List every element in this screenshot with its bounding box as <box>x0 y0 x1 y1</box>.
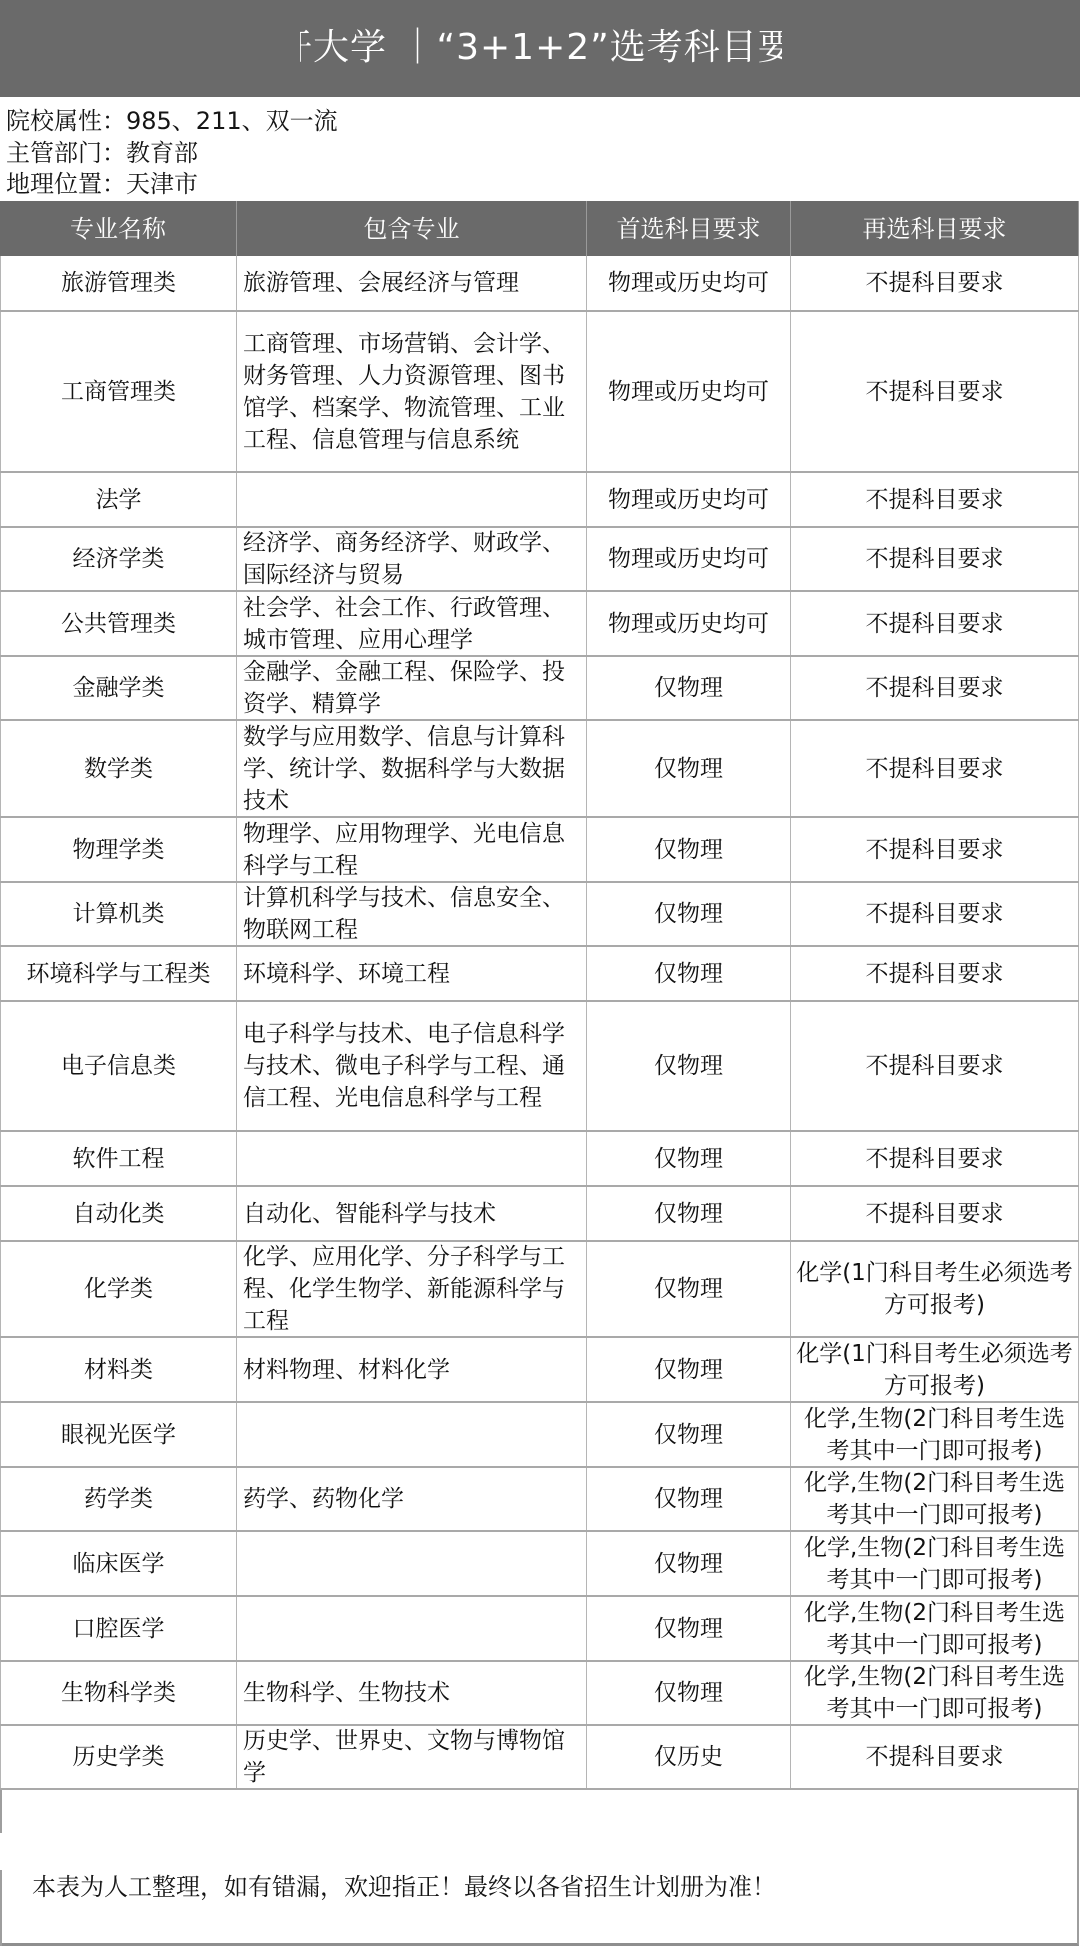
table-row: 自动化类自动化、智能科学与技术仅物理不提科目要求 <box>0 1187 1079 1242</box>
second-subject-cell: 化学,生物(2门科目考生选考其中一门即可报考) <box>791 1662 1079 1724</box>
first-subject-cell: 仅物理 <box>587 1242 791 1336</box>
major-name-cell: 软件工程 <box>0 1132 237 1185</box>
major-name-cell-text: 公共管理类 <box>61 608 176 640</box>
major-name-cell: 数学类 <box>0 721 237 816</box>
major-name-cell: 物理学类 <box>0 818 237 881</box>
table-row: 软件工程仅物理不提科目要求 <box>0 1132 1079 1187</box>
second-subject-cell: 化学,生物(2门科目考生选考其中一门即可报考) <box>791 1403 1079 1466</box>
major-name-cell: 工商管理类 <box>0 312 237 471</box>
included-majors-cell: 历史学、世界史、文物与博物馆学 <box>237 1726 587 1788</box>
table-row: 金融学类金融学、金融工程、保险学、投资学、精算学仅物理不提科目要求 <box>0 657 1079 721</box>
second-subject-cell: 不提科目要求 <box>791 657 1079 719</box>
major-name-cell-text: 经济学类 <box>73 543 165 575</box>
included-majors-cell <box>237 1132 587 1185</box>
first-subject-cell: 物理或历史均可 <box>587 256 791 310</box>
major-name-cell: 金融学类 <box>0 657 237 719</box>
major-name-cell-text: 工商管理类 <box>61 376 176 408</box>
second-subject-cell-text: 化学(1门科目考生必须选考方可报考) <box>795 1257 1074 1321</box>
second-subject-cell-text: 化学,生物(2门科目考生选考其中一门即可报考) <box>795 1403 1074 1467</box>
table-row: 法学物理或历史均可不提科目要求 <box>0 473 1079 528</box>
second-subject-cell: 不提科目要求 <box>791 1132 1079 1185</box>
second-subject-cell: 不提科目要求 <box>791 1002 1079 1130</box>
first-subject-cell: 仅物理 <box>587 1132 791 1185</box>
table-row: 口腔医学仅物理化学,生物(2门科目考生选考其中一门即可报考) <box>0 1597 1079 1662</box>
major-name-cell-text: 数学类 <box>84 753 153 785</box>
major-name-cell-text: 环境科学与工程类 <box>27 958 211 990</box>
included-majors-cell-text: 旅游管理、会展经济与管理 <box>243 267 519 299</box>
first-subject-cell-text: 物理或历史均可 <box>608 376 769 408</box>
second-subject-cell-text: 不提科目要求 <box>866 376 1004 408</box>
second-subject-cell-text: 化学,生物(2门科目考生选考其中一门即可报考) <box>795 1661 1074 1725</box>
major-name-cell: 化学类 <box>0 1242 237 1336</box>
first-subject-cell: 物理或历史均可 <box>587 473 791 526</box>
included-majors-cell-text: 工商管理、市场营销、会计学、财务管理、人力资源管理、图书馆学、档案学、物流管理、… <box>243 328 580 456</box>
major-name-cell-text: 软件工程 <box>73 1143 165 1175</box>
first-subject-cell: 物理或历史均可 <box>587 592 791 655</box>
second-subject-cell: 化学,生物(2门科目考生选考其中一门即可报考) <box>791 1468 1079 1530</box>
second-subject-cell: 化学(1门科目考生必须选考方可报考) <box>791 1338 1079 1401</box>
included-majors-cell-text: 经济学、商务经济学、财政学、国际经济与贸易 <box>243 527 580 591</box>
column-header-included-majors: 包含专业 <box>237 201 587 256</box>
footer-box <box>0 1790 1079 1946</box>
title-clip: 开大学 ｜“3+1+2”选考科目要 <box>300 18 782 80</box>
second-subject-cell: 不提科目要求 <box>791 473 1079 526</box>
major-name-cell-text: 法学 <box>96 484 142 516</box>
major-name-cell: 经济学类 <box>0 528 237 590</box>
second-subject-cell: 不提科目要求 <box>791 883 1079 945</box>
second-subject-cell: 不提科目要求 <box>791 256 1079 310</box>
major-name-cell: 电子信息类 <box>0 1002 237 1130</box>
second-subject-cell-text: 不提科目要求 <box>866 1741 1004 1773</box>
school-attributes: 院校属性：985、211、双一流 <box>6 106 338 136</box>
second-subject-cell: 化学(1门科目考生必须选考方可报考) <box>791 1242 1079 1336</box>
first-subject-cell: 仅历史 <box>587 1726 791 1788</box>
included-majors-cell-text: 自动化、智能科学与技术 <box>243 1198 496 1230</box>
second-subject-cell: 不提科目要求 <box>791 312 1079 471</box>
first-subject-cell: 仅物理 <box>587 818 791 881</box>
first-subject-cell: 物理或历史均可 <box>587 528 791 590</box>
second-subject-cell: 不提科目要求 <box>791 721 1079 816</box>
first-subject-cell: 仅物理 <box>587 657 791 719</box>
table-row: 工商管理类工商管理、市场营销、会计学、财务管理、人力资源管理、图书馆学、档案学、… <box>0 312 1079 473</box>
first-subject-cell: 仅物理 <box>587 1662 791 1724</box>
major-name-cell: 历史学类 <box>0 1726 237 1788</box>
title-bar: 开大学 ｜“3+1+2”选考科目要 <box>0 0 1080 97</box>
second-subject-cell-text: 不提科目要求 <box>866 753 1004 785</box>
second-subject-cell-text: 不提科目要求 <box>866 1198 1004 1230</box>
first-subject-cell: 仅物理 <box>587 721 791 816</box>
included-majors-cell-text: 生物科学、生物技术 <box>243 1677 450 1709</box>
first-subject-cell-text: 仅物理 <box>654 1483 723 1515</box>
second-subject-cell-text: 化学,生物(2门科目考生选考其中一门即可报考) <box>795 1467 1074 1531</box>
table-row: 眼视光医学仅物理化学,生物(2门科目考生选考其中一门即可报考) <box>0 1403 1079 1468</box>
major-name-cell: 口腔医学 <box>0 1597 237 1660</box>
first-subject-cell-text: 物理或历史均可 <box>608 543 769 575</box>
second-subject-cell-text: 不提科目要求 <box>866 672 1004 704</box>
footer-border-left <box>0 1790 2 1833</box>
major-name-cell-text: 计算机类 <box>73 898 165 930</box>
first-subject-cell-text: 物理或历史均可 <box>608 608 769 640</box>
second-subject-cell-text: 不提科目要求 <box>866 543 1004 575</box>
second-subject-cell-text: 不提科目要求 <box>866 1050 1004 1082</box>
major-name-cell: 临床医学 <box>0 1532 237 1595</box>
table-row: 临床医学仅物理化学,生物(2门科目考生选考其中一门即可报考) <box>0 1532 1079 1597</box>
first-subject-cell: 仅物理 <box>587 1187 791 1240</box>
included-majors-cell: 金融学、金融工程、保险学、投资学、精算学 <box>237 657 587 719</box>
major-name-cell-text: 自动化类 <box>73 1198 165 1230</box>
first-subject-cell-text: 仅物理 <box>654 898 723 930</box>
included-majors-cell-text: 金融学、金融工程、保险学、投资学、精算学 <box>243 656 580 720</box>
table-row: 公共管理类社会学、社会工作、行政管理、城市管理、应用心理学物理或历史均可不提科目… <box>0 592 1079 657</box>
second-subject-cell-text: 不提科目要求 <box>866 267 1004 299</box>
included-majors-cell: 数学与应用数学、信息与计算科学、统计学、数据科学与大数据技术 <box>237 721 587 816</box>
column-header-major-name: 专业名称 <box>0 201 237 256</box>
table-row: 计算机类计算机科学与技术、信息安全、物联网工程仅物理不提科目要求 <box>0 883 1079 947</box>
table-row: 电子信息类电子科学与技术、电子信息科学与技术、微电子科学与工程、通信工程、光电信… <box>0 1002 1079 1132</box>
major-name-cell-text: 历史学类 <box>73 1741 165 1773</box>
second-subject-cell: 不提科目要求 <box>791 947 1079 1000</box>
second-subject-cell: 不提科目要求 <box>791 818 1079 881</box>
second-subject-cell-text: 化学(1门科目考生必须选考方可报考) <box>795 1338 1074 1402</box>
first-subject-cell: 仅物理 <box>587 1403 791 1466</box>
included-majors-cell <box>237 1597 587 1660</box>
major-name-cell-text: 口腔医学 <box>73 1613 165 1645</box>
column-header-first-subject: 首选科目要求 <box>587 201 791 256</box>
second-subject-cell: 化学,生物(2门科目考生选考其中一门即可报考) <box>791 1532 1079 1595</box>
first-subject-cell-text: 仅物理 <box>654 1273 723 1305</box>
included-majors-cell-text: 计算机科学与技术、信息安全、物联网工程 <box>243 882 580 946</box>
first-subject-cell-text: 仅物理 <box>654 1548 723 1580</box>
included-majors-cell: 环境科学、环境工程 <box>237 947 587 1000</box>
footer-border-left <box>0 1870 2 1946</box>
major-name-cell: 法学 <box>0 473 237 526</box>
included-majors-cell-text: 社会学、社会工作、行政管理、城市管理、应用心理学 <box>243 592 580 656</box>
first-subject-cell: 仅物理 <box>587 883 791 945</box>
included-majors-cell-text: 材料物理、材料化学 <box>243 1354 450 1386</box>
first-subject-cell: 仅物理 <box>587 1597 791 1660</box>
school-department: 主管部门：教育部 <box>6 138 198 168</box>
major-name-cell: 药学类 <box>0 1468 237 1530</box>
second-subject-cell: 不提科目要求 <box>791 1187 1079 1240</box>
included-majors-cell <box>237 1532 587 1595</box>
major-name-cell-text: 药学类 <box>84 1483 153 1515</box>
major-name-cell-text: 金融学类 <box>73 672 165 704</box>
first-subject-cell-text: 仅物理 <box>654 1143 723 1175</box>
second-subject-cell-text: 不提科目要求 <box>866 1143 1004 1175</box>
first-subject-cell-text: 物理或历史均可 <box>608 267 769 299</box>
page-title: 开大学 ｜“3+1+2”选考科目要 <box>300 24 782 72</box>
table-row: 材料类材料物理、材料化学仅物理化学(1门科目考生必须选考方可报考) <box>0 1338 1079 1403</box>
major-name-cell: 自动化类 <box>0 1187 237 1240</box>
second-subject-cell-text: 化学,生物(2门科目考生选考其中一门即可报考) <box>795 1532 1074 1596</box>
major-name-cell-text: 临床医学 <box>73 1548 165 1580</box>
major-name-cell: 眼视光医学 <box>0 1403 237 1466</box>
first-subject-cell: 物理或历史均可 <box>587 312 791 471</box>
included-majors-cell: 经济学、商务经济学、财政学、国际经济与贸易 <box>237 528 587 590</box>
first-subject-cell-text: 物理或历史均可 <box>608 484 769 516</box>
included-majors-cell-text: 药学、药物化学 <box>243 1483 404 1515</box>
first-subject-cell: 仅物理 <box>587 1468 791 1530</box>
first-subject-cell-text: 仅历史 <box>654 1741 723 1773</box>
column-header-second-subject: 再选科目要求 <box>791 201 1079 256</box>
major-name-cell: 生物科学类 <box>0 1662 237 1724</box>
major-name-cell-text: 生物科学类 <box>61 1677 176 1709</box>
included-majors-cell-text: 化学、应用化学、分子科学与工程、化学生物学、新能源科学与工程 <box>243 1241 580 1337</box>
included-majors-cell <box>237 473 587 526</box>
table-row: 经济学类经济学、商务经济学、财政学、国际经济与贸易物理或历史均可不提科目要求 <box>0 528 1079 592</box>
included-majors-cell: 旅游管理、会展经济与管理 <box>237 256 587 310</box>
included-majors-cell: 药学、药物化学 <box>237 1468 587 1530</box>
table-row: 旅游管理类旅游管理、会展经济与管理物理或历史均可不提科目要求 <box>0 256 1079 312</box>
first-subject-cell-text: 仅物理 <box>654 1354 723 1386</box>
table-row: 环境科学与工程类环境科学、环境工程仅物理不提科目要求 <box>0 947 1079 1002</box>
table-row: 历史学类历史学、世界史、文物与博物馆学仅历史不提科目要求 <box>0 1726 1079 1790</box>
included-majors-cell: 物理学、应用物理学、光电信息科学与工程 <box>237 818 587 881</box>
included-majors-cell <box>237 1403 587 1466</box>
first-subject-cell: 仅物理 <box>587 1532 791 1595</box>
included-majors-cell: 电子科学与技术、电子信息科学与技术、微电子科学与工程、通信工程、光电信息科学与工… <box>237 1002 587 1130</box>
second-subject-cell-text: 不提科目要求 <box>866 834 1004 866</box>
included-majors-cell-text: 历史学、世界史、文物与博物馆学 <box>243 1725 580 1789</box>
major-name-cell-text: 材料类 <box>84 1354 153 1386</box>
included-majors-cell: 自动化、智能科学与技术 <box>237 1187 587 1240</box>
second-subject-cell-text: 不提科目要求 <box>866 484 1004 516</box>
first-subject-cell-text: 仅物理 <box>654 834 723 866</box>
major-name-cell: 旅游管理类 <box>0 256 237 310</box>
second-subject-cell-text: 不提科目要求 <box>866 958 1004 990</box>
included-majors-cell: 材料物理、材料化学 <box>237 1338 587 1401</box>
included-majors-cell: 计算机科学与技术、信息安全、物联网工程 <box>237 883 587 945</box>
first-subject-cell: 仅物理 <box>587 1338 791 1401</box>
included-majors-cell: 生物科学、生物技术 <box>237 1662 587 1724</box>
included-majors-cell-text: 物理学、应用物理学、光电信息科学与工程 <box>243 818 580 882</box>
first-subject-cell: 仅物理 <box>587 947 791 1000</box>
major-name-cell: 环境科学与工程类 <box>0 947 237 1000</box>
major-name-cell: 计算机类 <box>0 883 237 945</box>
major-name-cell-text: 眼视光医学 <box>61 1419 176 1451</box>
school-location: 地理位置：天津市 <box>6 169 198 199</box>
table-row: 化学类化学、应用化学、分子科学与工程、化学生物学、新能源科学与工程仅物理化学(1… <box>0 1242 1079 1338</box>
first-subject-cell-text: 仅物理 <box>654 1677 723 1709</box>
first-subject-cell-text: 仅物理 <box>654 958 723 990</box>
second-subject-cell: 不提科目要求 <box>791 528 1079 590</box>
second-subject-cell-text: 化学,生物(2门科目考生选考其中一门即可报考) <box>795 1597 1074 1661</box>
first-subject-cell-text: 仅物理 <box>654 753 723 785</box>
included-majors-cell-text: 环境科学、环境工程 <box>243 958 450 990</box>
second-subject-cell: 化学,生物(2门科目考生选考其中一门即可报考) <box>791 1597 1079 1660</box>
major-name-cell-text: 旅游管理类 <box>61 267 176 299</box>
first-subject-cell-text: 仅物理 <box>654 672 723 704</box>
included-majors-cell-text: 电子科学与技术、电子信息科学与技术、微电子科学与工程、通信工程、光电信息科学与工… <box>243 1018 580 1114</box>
major-name-cell: 材料类 <box>0 1338 237 1401</box>
first-subject-cell-text: 仅物理 <box>654 1198 723 1230</box>
footer-note: 本表为人工整理，如有错漏，欢迎指正！最终以各省招生计划册为准！ <box>32 1870 776 1904</box>
included-majors-cell-text: 数学与应用数学、信息与计算科学、统计学、数据科学与大数据技术 <box>243 721 580 817</box>
first-subject-cell: 仅物理 <box>587 1002 791 1130</box>
major-name-cell-text: 化学类 <box>84 1273 153 1305</box>
major-name-cell: 公共管理类 <box>0 592 237 655</box>
table-row: 生物科学类生物科学、生物技术仅物理化学,生物(2门科目考生选考其中一门即可报考) <box>0 1662 1079 1726</box>
first-subject-cell-text: 仅物理 <box>654 1613 723 1645</box>
included-majors-cell: 化学、应用化学、分子科学与工程、化学生物学、新能源科学与工程 <box>237 1242 587 1336</box>
table-row: 药学类药学、药物化学仅物理化学,生物(2门科目考生选考其中一门即可报考) <box>0 1468 1079 1532</box>
second-subject-cell-text: 不提科目要求 <box>866 898 1004 930</box>
table-row: 物理学类物理学、应用物理学、光电信息科学与工程仅物理不提科目要求 <box>0 818 1079 883</box>
second-subject-cell-text: 不提科目要求 <box>866 608 1004 640</box>
major-name-cell-text: 物理学类 <box>73 834 165 866</box>
table-row: 数学类数学与应用数学、信息与计算科学、统计学、数据科学与大数据技术仅物理不提科目… <box>0 721 1079 818</box>
first-subject-cell-text: 仅物理 <box>654 1419 723 1451</box>
included-majors-cell: 社会学、社会工作、行政管理、城市管理、应用心理学 <box>237 592 587 655</box>
major-name-cell-text: 电子信息类 <box>61 1050 176 1082</box>
second-subject-cell: 不提科目要求 <box>791 592 1079 655</box>
included-majors-cell: 工商管理、市场营销、会计学、财务管理、人力资源管理、图书馆学、档案学、物流管理、… <box>237 312 587 471</box>
second-subject-cell: 不提科目要求 <box>791 1726 1079 1788</box>
first-subject-cell-text: 仅物理 <box>654 1050 723 1082</box>
table-header-row: 专业名称 包含专业 首选科目要求 再选科目要求 <box>0 201 1079 256</box>
